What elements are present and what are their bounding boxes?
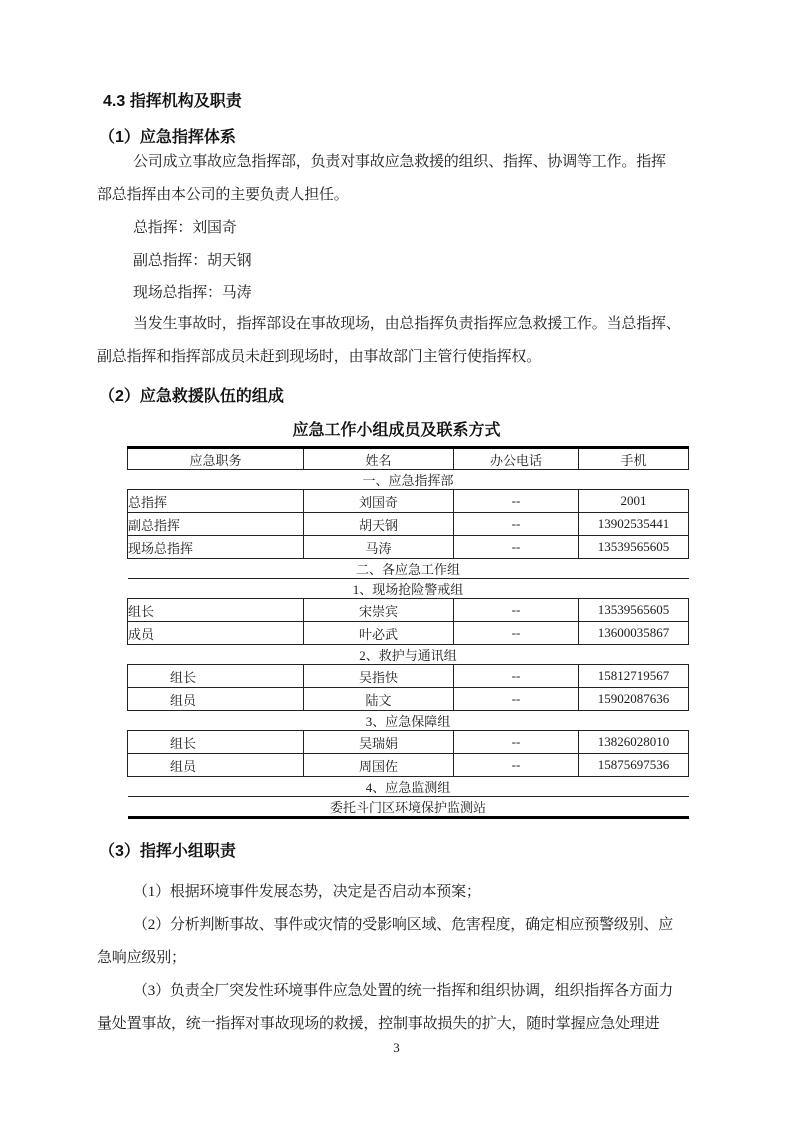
table-section-row: 3、应急保障组 (128, 711, 689, 731)
table-section-row: 二、各应急工作组 (128, 559, 689, 579)
role-list: 总指挥：刘国奇 副总指挥：胡天钢 现场总指挥：马涛 (97, 212, 693, 310)
table-row: 组长宋崇宾--13539565605 (128, 599, 689, 622)
paragraph-line: 当发生事故时，指挥部设在事故现场，由总指挥负责指挥应急救援工作。当总指挥、 (97, 308, 693, 341)
table-section-label: 3、应急保障组 (128, 711, 689, 731)
table-cell-office-phone: -- (454, 731, 579, 754)
table-cell-mobile: 15902087636 (579, 688, 689, 711)
table-cell-office-phone: -- (454, 622, 579, 645)
table-cell-office-phone: -- (454, 754, 579, 777)
duty-line: （1）根据环境事件发展态势，决定是否启动本预案； (97, 876, 693, 909)
table-cell-duty: 组员 (128, 688, 304, 711)
table-cell-duty: 组长 (128, 665, 304, 688)
table-cell-name: 胡天钢 (304, 513, 454, 536)
table-cell-office-phone: -- (454, 665, 579, 688)
paragraph-accident-command: 当发生事故时，指挥部设在事故现场，由总指挥负责指挥应急救援工作。当总指挥、 副总… (97, 308, 693, 373)
section-heading-4-3: 4.3 指挥机构及职责 (103, 88, 242, 111)
subheading-2-rescue-team-composition: （2）应急救援队伍的组成 (99, 383, 284, 406)
table-section-label: 二、各应急工作组 (128, 559, 689, 579)
table-cell-mobile: 13539565605 (579, 599, 689, 622)
table-cell-office-phone: -- (454, 599, 579, 622)
paragraph-command-setup: 公司成立事故应急指挥部，负责对事故应急救援的组织、指挥、协调等工作。指挥 部总指… (97, 146, 693, 211)
table-row: 组长吴指快--15812719567 (128, 665, 689, 688)
table-title: 应急工作小组成员及联系方式 (0, 417, 793, 440)
table-cell-duty: 成员 (128, 622, 304, 645)
table-row: 总指挥刘国奇--2001 (128, 490, 689, 513)
table-cell-name: 刘国奇 (304, 490, 454, 513)
paragraph-line: 公司成立事故应急指挥部，负责对事故应急救援的组织、指挥、协调等工作。指挥 (97, 146, 693, 179)
table-row: 成员叶必武--13600035867 (128, 622, 689, 645)
contact-table-wrapper: 应急职务 姓名 办公电话 手机 一、应急指挥部总指挥刘国奇--2001副总指挥胡… (127, 446, 689, 819)
table-cell-name: 叶必武 (304, 622, 454, 645)
table-cell-name: 吴指快 (304, 665, 454, 688)
table-cell-office-phone: -- (454, 688, 579, 711)
table-cell-mobile: 15875697536 (579, 754, 689, 777)
table-cell-duty: 组员 (128, 754, 304, 777)
emergency-contact-table: 应急职务 姓名 办公电话 手机 一、应急指挥部总指挥刘国奇--2001副总指挥胡… (127, 446, 689, 819)
table-cell-mobile: 13600035867 (579, 622, 689, 645)
table-header-name: 姓名 (304, 448, 454, 470)
table-section-row: 4、应急监测组 (128, 777, 689, 797)
table-cell-duty: 组长 (128, 731, 304, 754)
duty-line: 急响应级别； (97, 942, 693, 975)
paragraph-line: 副总指挥和指挥部成员未赶到现场时，由事故部门主管行使指挥权。 (97, 341, 693, 374)
table-section-row: 委托斗门区环境保护监测站 (128, 797, 689, 818)
table-cell-name: 陆文 (304, 688, 454, 711)
table-row: 现场总指挥马涛--13539565605 (128, 536, 689, 559)
table-section-row: 一、应急指挥部 (128, 470, 689, 490)
table-cell-name: 周国佐 (304, 754, 454, 777)
subheading-3-command-group-duties: （3）指挥小组职责 (99, 838, 236, 861)
role-line-site-commander: 现场总指挥：马涛 (97, 277, 693, 310)
table-cell-office-phone: -- (454, 490, 579, 513)
table-section-row: 2、救护与通讯组 (128, 645, 689, 665)
duty-line: 量处置事故，统一指挥对事故现场的救援，控制事故损失的扩大，随时掌握应急处理进 (97, 1008, 693, 1041)
duties-list: （1）根据环境事件发展态势，决定是否启动本预案；（2）分析判断事故、事件或灾情的… (97, 876, 693, 1041)
role-line-chief-commander: 总指挥：刘国奇 (97, 212, 693, 245)
table-cell-office-phone: -- (454, 536, 579, 559)
subheading-1-emergency-command-system: （1）应急指挥体系 (99, 124, 236, 147)
paragraph-line: 部总指挥由本公司的主要负责人担任。 (97, 179, 693, 212)
document-page: 4.3 指挥机构及职责 （1）应急指挥体系 公司成立事故应急指挥部，负责对事故应… (0, 0, 793, 1122)
duty-line: （2）分析判断事故、事件或灾情的受影响区域、危害程度，确定相应预警级别、应 (97, 909, 693, 942)
table-section-label: 4、应急监测组 (128, 777, 689, 797)
duty-line: （3）负责全厂突发性环境事件应急处置的统一指挥和组织协调，组织指挥各方面力 (97, 975, 693, 1008)
table-header-duty: 应急职务 (128, 448, 304, 470)
table-cell-name: 宋崇宾 (304, 599, 454, 622)
table-cell-mobile: 13826028010 (579, 731, 689, 754)
table-cell-duty: 总指挥 (128, 490, 304, 513)
role-line-deputy-commander: 副总指挥：胡天钢 (97, 245, 693, 278)
table-section-label: 一、应急指挥部 (128, 470, 689, 490)
table-cell-office-phone: -- (454, 513, 579, 536)
table-cell-name: 马涛 (304, 536, 454, 559)
table-section-row: 1、现场抢险警戒组 (128, 579, 689, 599)
table-row: 副总指挥胡天钢--13902535441 (128, 513, 689, 536)
table-cell-name: 吴瑞娟 (304, 731, 454, 754)
table-section-label: 委托斗门区环境保护监测站 (128, 797, 689, 818)
table-cell-duty: 副总指挥 (128, 513, 304, 536)
table-row: 组员陆文--15902087636 (128, 688, 689, 711)
table-cell-duty: 组长 (128, 599, 304, 622)
table-cell-duty: 现场总指挥 (128, 536, 304, 559)
table-row: 组长吴瑞娟--13826028010 (128, 731, 689, 754)
table-section-label: 1、现场抢险警戒组 (128, 579, 689, 599)
table-cell-mobile: 15812719567 (579, 665, 689, 688)
table-header-mobile: 手机 (579, 448, 689, 470)
table-header-office-phone: 办公电话 (454, 448, 579, 470)
table-cell-mobile: 2001 (579, 490, 689, 513)
table-header-row: 应急职务 姓名 办公电话 手机 (128, 448, 689, 470)
table-row: 组员周国佐--15875697536 (128, 754, 689, 777)
page-number: 3 (0, 1040, 793, 1056)
table-section-label: 2、救护与通讯组 (128, 645, 689, 665)
table-cell-mobile: 13902535441 (579, 513, 689, 536)
table-cell-mobile: 13539565605 (579, 536, 689, 559)
